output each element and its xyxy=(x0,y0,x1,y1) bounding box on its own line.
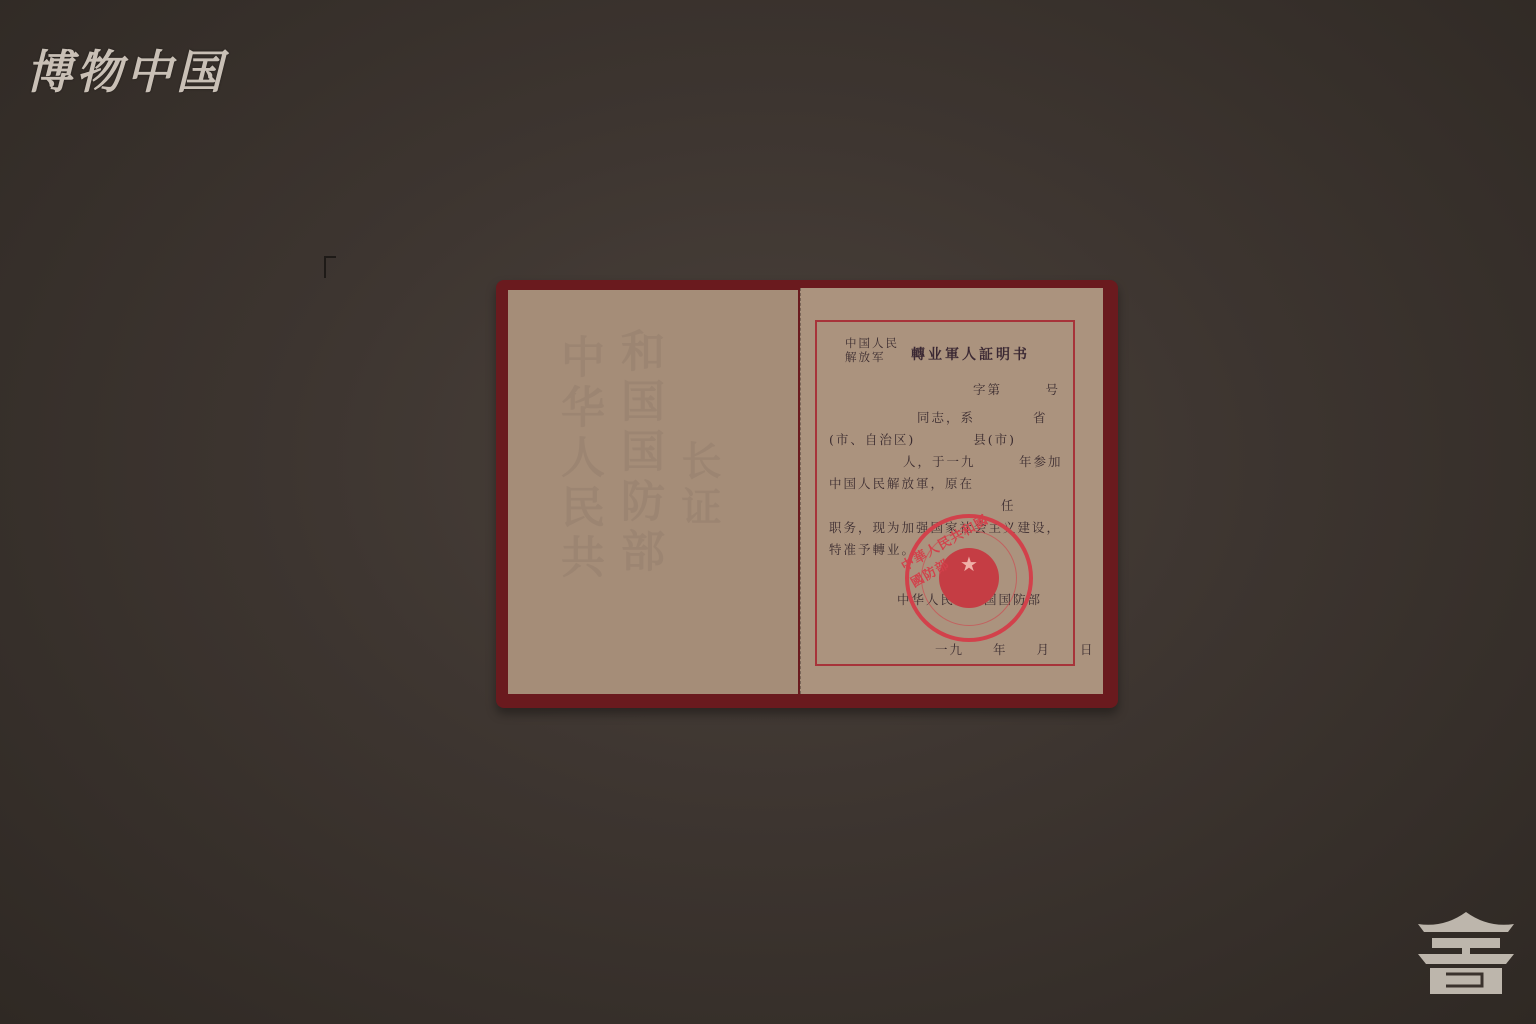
issuer-line-2: 解放军 xyxy=(845,350,899,364)
certificate-body: 中国人民 解放军 轉业軍人証明书 字第 号 同志，系 省 (市、自治区) 县(市… xyxy=(817,322,1073,664)
brand-logo: 博物中国 xyxy=(26,36,226,102)
issuer-line-1: 中国人民 xyxy=(845,336,899,350)
official-seal: ★ 中華人民共和國國防部 xyxy=(905,514,1033,642)
right-page: 中国人民 解放军 轉业軍人証明书 字第 号 同志，系 省 (市、自治区) 县(市… xyxy=(800,288,1103,694)
text-line-3: 人，于一九 年参加 xyxy=(903,452,1063,470)
number-line: 字第 号 xyxy=(973,380,1060,398)
text-line-4: 中国人民解放軍，原在 xyxy=(829,474,974,492)
issuer-small: 中国人民 解放军 xyxy=(845,336,899,364)
date-line: 一九 年 月 日 xyxy=(935,640,1095,658)
certificate-title: 轉业軍人証明书 xyxy=(911,344,1030,364)
left-page: 中华人民共 和国国防部 长证 xyxy=(508,290,798,694)
certificate-frame: 中国人民 解放军 轉业軍人証明书 字第 号 同志，系 省 (市、自治区) 县(市… xyxy=(815,320,1075,666)
ghost-text: 和国国防部 xyxy=(616,328,660,578)
text-line-2: (市、自治区) 县(市) xyxy=(829,430,1016,448)
pavilion-icon xyxy=(1414,912,1518,996)
text-line-5: 任 xyxy=(1001,496,1016,514)
ghost-text: 长证 xyxy=(678,440,718,532)
corner-mark xyxy=(324,256,336,278)
ghost-text: 中华人民共 xyxy=(556,334,600,584)
certificate-booklet: 中华人民共 和国国防部 长证 中国人民 解放军 轉业軍人証明书 字第 号 同志，… xyxy=(496,280,1118,708)
text-line-1: 同志，系 省 xyxy=(917,408,1048,426)
